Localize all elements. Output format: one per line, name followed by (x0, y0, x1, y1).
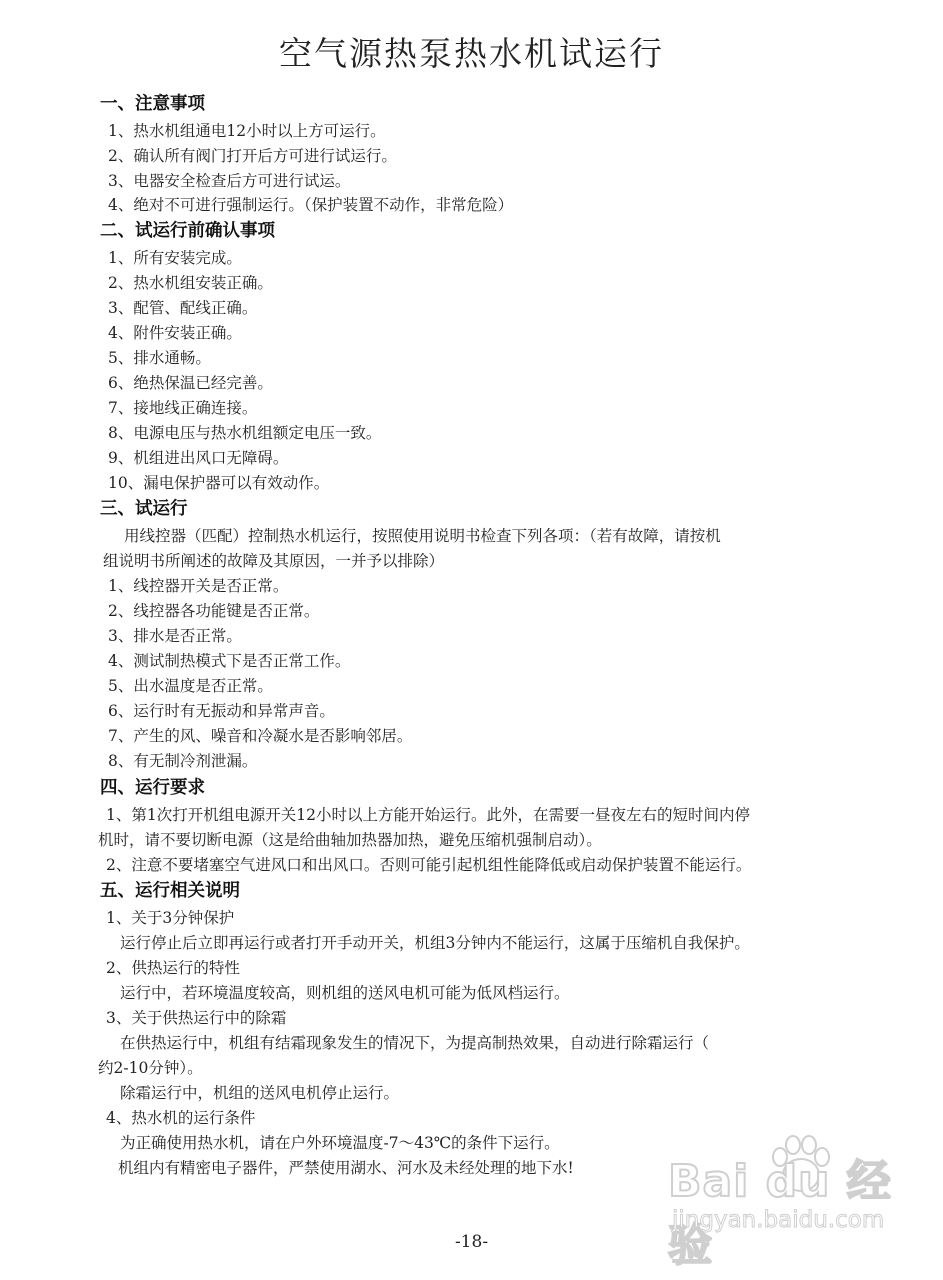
page-title: 空气源热泵热水机试运行 (0, 28, 943, 75)
section-heading: 二、试运行前确认事项 (100, 221, 275, 241)
list-item: 10、漏电保护器可以有效动作。 (108, 473, 329, 493)
list-item: 1、热水机组通电12小时以上方可运行。 (108, 121, 386, 141)
paragraph-line: 用线控器（匹配）控制热水机运行，按照使用说明书检查下列各项：（若有故障，请按机 (124, 526, 721, 546)
paragraph-line: 组说明书所阐述的故障及其原因，一并予以排除） (103, 551, 444, 571)
paragraph-line: 约2-10分钟）。 (98, 1058, 203, 1078)
section-heading: 一、注意事项 (100, 94, 205, 114)
list-item: 1、关于3分钟保护 (106, 908, 234, 928)
list-item: 2、供热运行的特性 (106, 958, 240, 978)
list-item: 5、排水通畅。 (108, 348, 211, 368)
list-item: 7、产生的风、噪音和冷凝水是否影响邻居。 (108, 726, 412, 746)
list-item: 1、线控器开关是否正常。 (108, 576, 288, 596)
list-item: 8、电源电压与热水机组额定电压一致。 (108, 423, 381, 443)
watermark-url: jingyan.baidu.com (672, 1207, 884, 1233)
list-item: 3、排水是否正常。 (108, 626, 242, 646)
list-item: 2、线控器各功能键是否正常。 (108, 601, 319, 621)
paragraph-line: 在供热运行中，机组有结霜现象发生的情况下，为提高制热效果，自动进行除霜运行（ (120, 1033, 709, 1053)
paragraph-line: 1、第1次打开机组电源开关12小时以上方能开始运行。此外，在需要一昼夜左右的短时… (106, 805, 750, 825)
paragraph-line: 运行中，若环境温度较高，则机组的送风电机可能为低风档运行。 (120, 983, 570, 1003)
list-item: 4、测试制热模式下是否正常工作。 (108, 651, 350, 671)
list-item: 8、有无制冷剂泄漏。 (108, 751, 257, 771)
list-item: 6、运行时有无振动和异常声音。 (108, 701, 335, 721)
list-item: 1、所有安装完成。 (108, 248, 242, 268)
paragraph-line: 2、注意不要堵塞空气进风口和出风口。否则可能引起机组性能降低或启动保护装置不能运… (106, 855, 751, 875)
paragraph-line: 机组内有精密电子器件，严禁使用湖水、河水及未经处理的地下水! (118, 1158, 574, 1178)
list-item: 2、确认所有阀门打开后方可进行试运行。 (108, 146, 397, 166)
list-item: 3、关于供热运行中的除霜 (106, 1008, 286, 1028)
baidu-watermark: Bai du 经验 jingyan.baidu.com (668, 1135, 898, 1245)
paragraph-line: 除霜运行中，机组的送风电机停止运行。 (120, 1083, 399, 1103)
list-item: 3、配管、配线正确。 (108, 298, 257, 318)
list-item: 5、出水温度是否正常。 (108, 676, 273, 696)
section-heading: 三、试运行 (100, 499, 188, 519)
list-item: 9、机组进出风口无障碍。 (108, 448, 288, 468)
section-heading: 五、运行相关说明 (100, 881, 240, 901)
paragraph-line: 机时，请不要切断电源（这是给曲轴加热器加热，避免压缩机强制启动）。 (98, 830, 602, 850)
list-item: 6、绝热保温已经完善。 (108, 373, 273, 393)
list-item: 2、热水机组安装正确。 (108, 273, 273, 293)
list-item: 7、接地线正确连接。 (108, 398, 257, 418)
paragraph-line: 为正确使用热水机，请在户外环境温度-7～43℃的条件下运行。 (120, 1133, 560, 1153)
paragraph-line: 运行停止后立即再运行或者打开手动开关，机组3分钟内不能运行，这属于压缩机自我保护… (120, 933, 750, 953)
list-item: 4、热水机的运行条件 (106, 1108, 255, 1128)
section-heading: 四、运行要求 (100, 778, 205, 798)
list-item: 4、附件安装正确。 (108, 323, 242, 343)
list-item: 3、电器安全检查后方可进行试运。 (108, 171, 350, 191)
list-item: 4、绝对不可进行强制运行。（保护装置不动作，非常危险） (108, 195, 513, 215)
